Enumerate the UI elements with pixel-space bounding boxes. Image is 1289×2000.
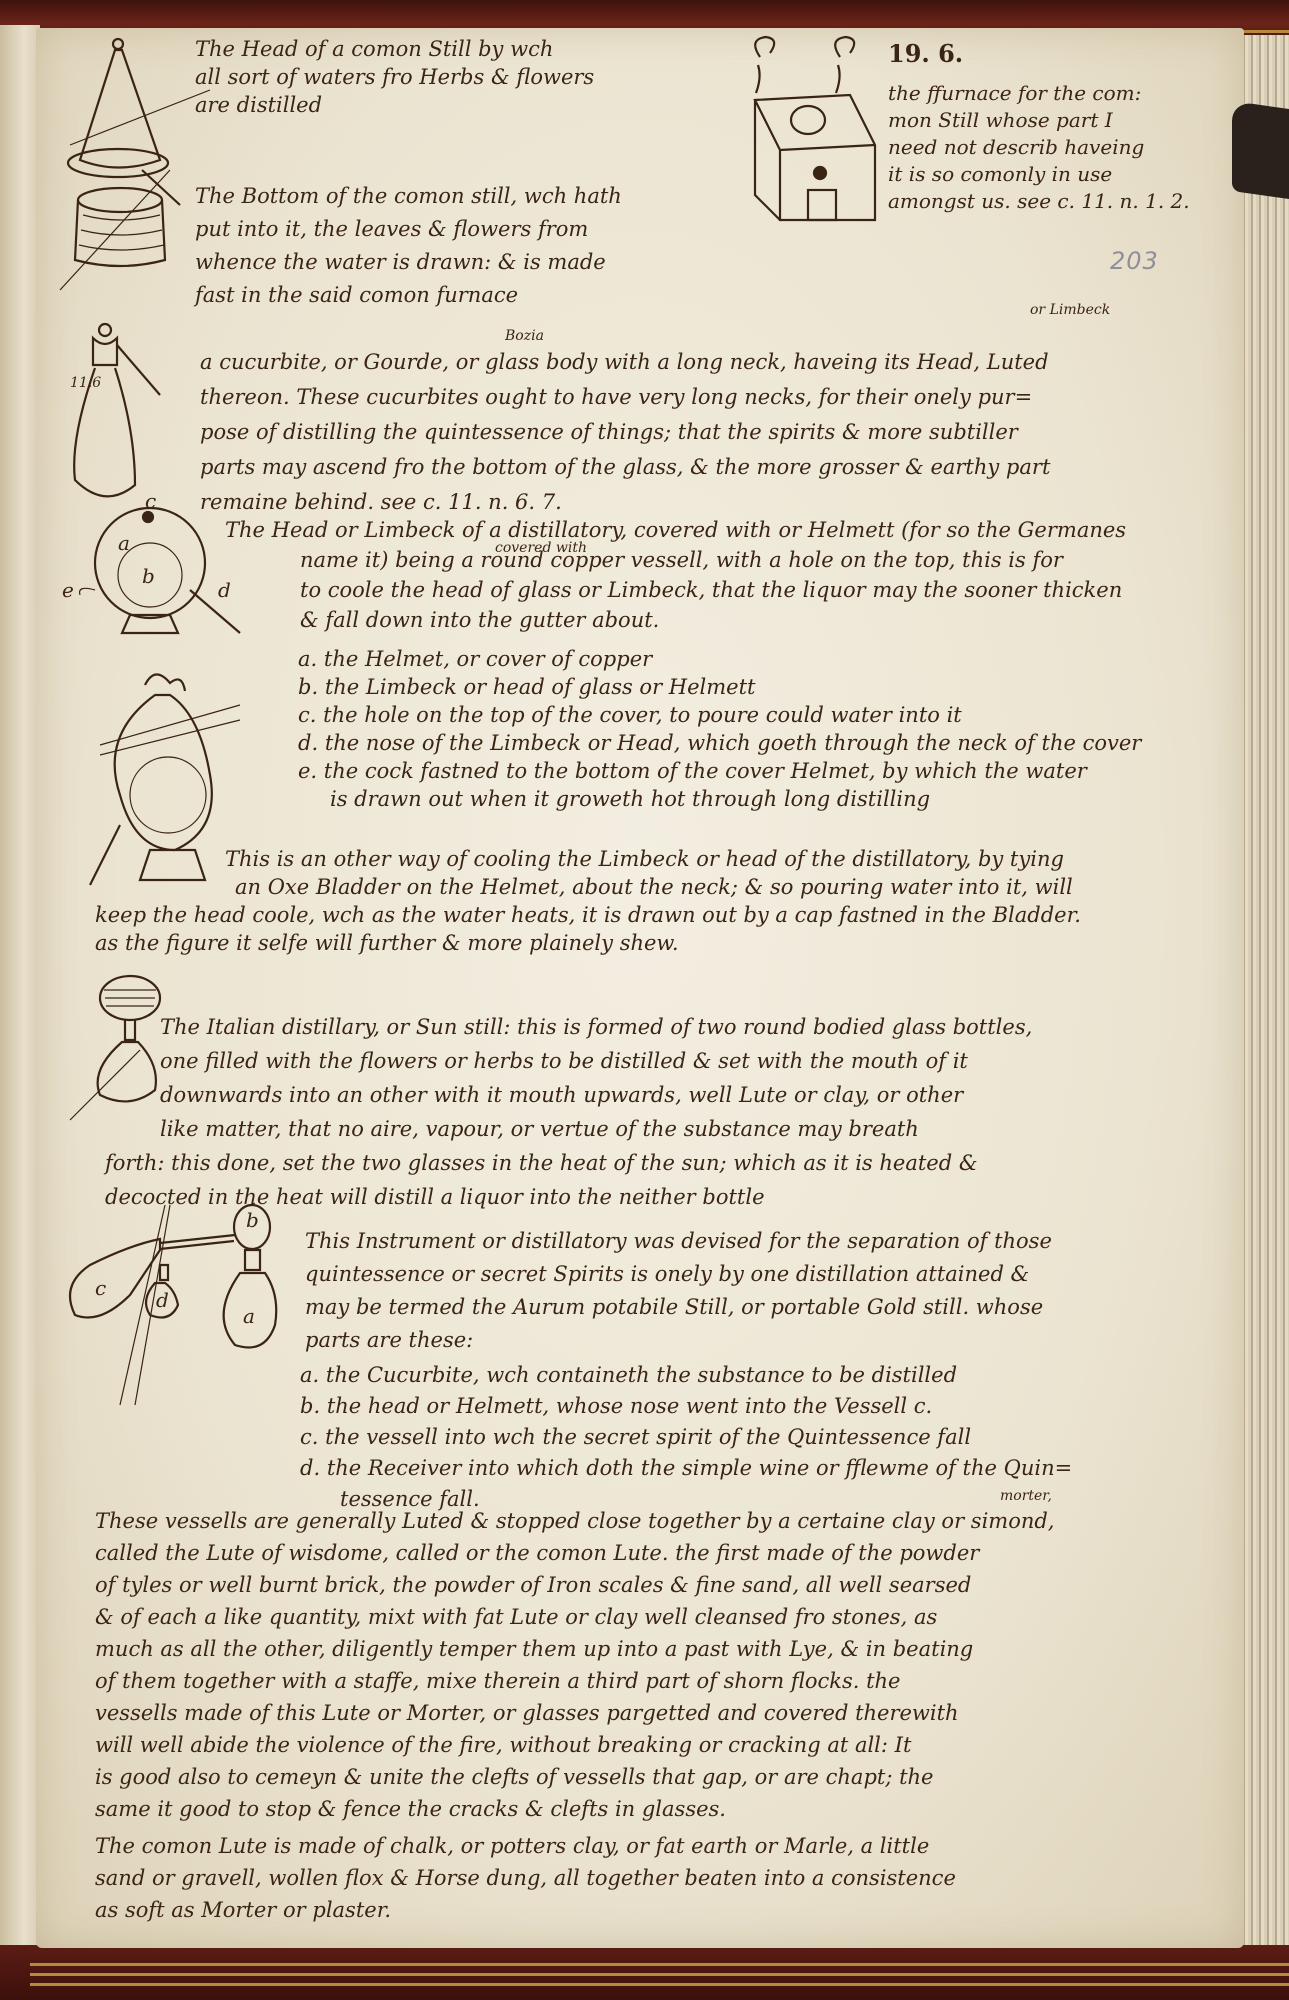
text-line: decocted in the heat will distill a liqu… [105,1180,1032,1214]
cucurbite-drawing-icon [65,320,185,510]
entry-aurum-potabile-still: This Instrument or distillatory was devi… [305,1225,1052,1357]
text-line: it is so comonly in use [888,161,1190,188]
entry-furnace: the ffurnace for the com: mon Still whos… [888,80,1190,215]
entry-italian-still: The Italian distillary, or Sun still: th… [160,1010,1032,1214]
text-line: of them together with a staffe, mixe the… [95,1665,1054,1697]
still-head-drawing-icon [60,30,190,190]
part-item: a. the Cucurbite, wch containeth the sub… [300,1360,1072,1391]
part-item: d. the Receiver into which doth the simp… [300,1453,1072,1484]
text-line: whence the water is drawn: & is made [195,246,622,279]
part-text: the Limbeck or head of glass or Helmett [325,675,756,699]
text-line: one filled with the flowers or herbs to … [160,1044,1032,1078]
part-text: the head or Helmett, whose nose went int… [327,1394,932,1418]
entry-common-lute: The comon Lute is made of chalk, or pott… [95,1830,956,1926]
text-line: forth: this done, set the two glasses in… [105,1146,1032,1180]
text-line: of tyles or well burnt brick, the powder… [95,1569,1054,1601]
gilt-line [30,1973,1289,1976]
text-line: & fall down into the gutter about. [225,605,1126,635]
part-item: c. the hole on the top of the cover, to … [298,701,1141,729]
folio-number: 203 [1110,247,1159,275]
text-line: The Head or Limbeck of a distillatory, c… [225,515,1126,545]
entry-still-bottom: The Bottom of the comon still, wch hath … [195,180,622,312]
aurum-parts-list: a. the Cucurbite, wch containeth the sub… [300,1360,1072,1515]
part-text: the vessell into wch the secret spirit o… [325,1425,971,1449]
insertion-bozia: Bozia [505,328,544,344]
text-line: & of each a like quantity, mixt with fat… [95,1601,1054,1633]
text-line: called the Lute of wisdome, called or th… [95,1537,1054,1569]
bookmark-tab [1232,101,1289,199]
part-text: the hole on the top of the cover, to pou… [323,703,962,727]
svg-text:a: a [118,531,130,555]
part-key: b. [298,675,318,699]
text-line: The Head of a comon Still by wch [195,35,594,63]
part-item: a. the Helmet, or cover of copper [298,645,1141,673]
cucurbite-margin-label: 11.6 [70,375,101,391]
entry-bladder-cooling: This is an other way of cooling the Limb… [225,845,1081,957]
entry-lute-of-wisdome: These vessells are generally Luted & sto… [95,1505,1054,1825]
gilt-line [30,1983,1289,1986]
page-gutter [0,25,40,1955]
bladder-helmet-drawing-icon [90,665,240,905]
text-line: same it good to stop & fence the cracks … [95,1793,1054,1825]
text-line: a cucurbite, or Gourde, or glass body wi… [200,345,1050,380]
part-item: is drawn out when it groweth hot through… [298,785,1141,813]
part-item: b. the head or Helmett, whose nose went … [300,1391,1072,1422]
text-line: This Instrument or distillatory was devi… [305,1225,1052,1258]
text-line: downwards into an other with it mouth up… [160,1078,1032,1112]
text-line: parts are these: [305,1324,1052,1357]
part-item: c. the vessell into wch the secret spiri… [300,1422,1072,1453]
svg-text:c: c [145,489,156,513]
part-text: the Cucurbite, wch containeth the substa… [326,1363,957,1387]
text-line: mon Still whose part I [888,107,1190,134]
text-line: all sort of waters fro Herbs & flowers [195,63,594,91]
text-line: is good also to cemeyn & unite the cleft… [95,1761,1054,1793]
text-line: need not describ haveing [888,134,1190,161]
insertion-morter: morter, [1000,1488,1052,1504]
part-key: b. [300,1394,320,1418]
svg-text:c: c [95,1276,106,1300]
entry-cucurbite: a cucurbite, or Gourde, or glass body wi… [200,345,1050,520]
text-line: parts may ascend fro the bottom of the g… [200,450,1050,485]
entry-still-head: The Head of a comon Still by wch all sor… [195,35,594,119]
text-line: the ffurnace for the com: [888,80,1190,107]
text-line: as soft as Morter or plaster. [95,1894,956,1926]
text-line: The comon Lute is made of chalk, or pott… [95,1830,956,1862]
text-line: vessells made of this Lute or Morter, or… [95,1697,1054,1729]
text-line: to coole the head of glass or Limbeck, t… [225,575,1126,605]
part-key: c. [300,1425,318,1449]
entry-distillatory-head: The Head or Limbeck of a distillatory, c… [225,515,1126,635]
distillatory-parts-list: a. the Helmet, or cover of copper b. the… [298,645,1141,813]
text-line: put into it, the leaves & flowers from [195,213,622,246]
still-bottom-drawing-icon [65,180,175,270]
gilt-line [30,1963,1289,1966]
book-binding-bottom [0,1945,1289,2000]
text-line: pose of distilling the quintessence of t… [200,415,1050,450]
svg-text:a: a [243,1304,255,1328]
text-line: thereon. These cucurbites ought to have … [200,380,1050,415]
part-key: d. [300,1456,320,1480]
part-text: the nose of the Limbeck or Head, which g… [325,731,1142,755]
part-key: a. [300,1363,319,1387]
part-text: is drawn out when it groweth hot through… [330,787,930,811]
insertion-or-limbeck: or Limbeck [1030,302,1110,318]
part-text: the cock fastned to the bottom of the co… [324,759,1087,783]
text-line: amongst us. see c. 11. n. 1. 2. [888,188,1190,215]
text-line: an Oxe Bladder on the Helmet, about the … [225,873,1081,901]
text-line: as the figure it selfe will further & mo… [95,929,1081,957]
part-key: c. [298,703,316,727]
aurum-potabile-still-drawing-icon: b a c d [60,1205,300,1375]
text-line: The Bottom of the comon still, wch hath [195,180,622,213]
furnace-drawing-icon [740,35,880,235]
part-item: d. the nose of the Limbeck or Head, whic… [298,729,1141,757]
part-item: b. the Limbeck or head of glass or Helme… [298,673,1141,701]
text-line: These vessells are generally Luted & sto… [95,1505,1054,1537]
part-item: e. the cock fastned to the bottom of the… [298,757,1141,785]
text-line: This is an other way of cooling the Limb… [225,845,1081,873]
text-line: much as all the other, diligently temper… [95,1633,1054,1665]
text-line: keep the head coole, wch as the water he… [95,901,1081,929]
text-line: may be termed the Aurum potabile Still, … [305,1291,1052,1324]
text-line: will well abide the violence of the fire… [95,1729,1054,1761]
part-key: a. [298,647,317,671]
part-key: e. [298,759,317,783]
text-line: quintessence or secret Spirits is onely … [305,1258,1052,1291]
svg-text:d: d [156,1288,169,1312]
text-line: name it) being a round copper vessell, w… [225,545,1126,575]
page-fore-edge [1240,35,1289,1955]
part-text: the Helmet, or cover of copper [324,647,652,671]
section-number: 19. 6. [888,38,963,69]
text-line: sand or gravell, wollen flox & Horse dun… [95,1862,956,1894]
svg-text:b: b [142,564,155,588]
text-line: like matter, that no aire, vapour, or ve… [160,1112,1032,1146]
text-line: The Italian distillary, or Sun still: th… [160,1010,1032,1044]
part-key: d. [298,731,318,755]
text-line: are distilled [195,91,594,119]
text-line: fast in the said comon furnace [195,279,622,312]
svg-text:e: e [62,578,74,602]
part-text: the Receiver into which doth the simple … [327,1456,1072,1480]
